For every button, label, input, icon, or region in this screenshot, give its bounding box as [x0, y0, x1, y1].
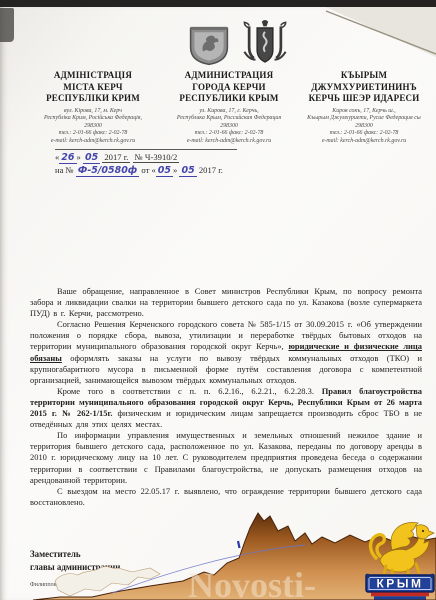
logo-stripe-blue	[374, 596, 426, 599]
outgoing-day-handwritten: 26	[59, 152, 76, 164]
griffin-tail	[371, 535, 385, 558]
scan-smudge	[0, 8, 14, 42]
signature-title-line: главы администрации	[30, 561, 120, 574]
org-title-line: МІСТА КЕРЧ	[26, 82, 160, 94]
org-address-line: Къырым Джумхуриети, Русие Федерация сы	[298, 115, 430, 123]
org-address-line: e-mail: kerch-adm@kerch.rk.gov.ru	[298, 138, 430, 146]
banner-knob-left	[365, 574, 370, 579]
paragraph: По информации управления имущественных и…	[30, 430, 422, 485]
banner-knob-right	[430, 574, 435, 579]
org-address-line: Республика Крым, Российская Федерация	[160, 115, 298, 123]
org-address-line: ул. Кирова, 17, г. Керчь,	[160, 108, 298, 116]
org-title-line: ДЖУМХУРИЕТИНИНЪ	[298, 82, 430, 94]
griffin-eye	[422, 530, 424, 532]
org-address-line: тел.: 2-01-66 факс: 2-02-78	[298, 130, 430, 138]
reference-block: «26» 05 2017 г. № Ч-3910/2 на № Ф-5/0580…	[55, 149, 255, 177]
incoming-day-handwritten: 05	[156, 165, 173, 177]
org-title-line: РЕСПУБЛИКИ КРЫМ	[160, 93, 298, 105]
outgoing-year: 2017 г.	[102, 152, 130, 163]
org-title-line: АДМИНИСТРАЦИЯ	[160, 70, 298, 82]
crimea-emblem-icon	[186, 26, 232, 66]
logo-wordmark: КРЫМ	[376, 577, 423, 591]
outgoing-number: № Ч-3910/2	[133, 152, 180, 163]
org-address-line: Республіка Крим, Російська Федерація,	[26, 115, 160, 123]
org-address-line: тел.: 2-01-66 факс: 2-02-78	[160, 130, 298, 138]
org-address-line: тел.: 2-01-66 факс: 2-02-78	[26, 130, 160, 138]
krym-news-logo: КРЫМ	[364, 518, 436, 600]
letterhead-column-russian: АДМИНИСТРАЦИЯ ГОРОДА КЕРЧИ РЕСПУБЛИКИ КР…	[160, 70, 298, 145]
org-title-line: ГОРОДА КЕРЧИ	[160, 82, 298, 94]
griffin-head-icon	[416, 525, 434, 539]
outgoing-reference-line: «26» 05 2017 г. № Ч-3910/2	[55, 151, 255, 164]
paragraph: Согласно Решения Керченского городского …	[30, 319, 422, 386]
letter-body: Ваше обращение, направленное в Совет мин…	[30, 286, 422, 508]
org-title-line: АДМІНІСТРАЦІЯ	[26, 70, 160, 82]
reference-rule	[55, 149, 237, 150]
incoming-number-handwritten: Ф-5/0580ф	[76, 165, 139, 177]
org-title-line: КЕРЧЬ ШЕЭР ИДАРЕСИ	[298, 93, 430, 105]
incoming-year: 2017 г.	[199, 165, 223, 175]
incoming-from-label: от	[141, 165, 149, 175]
paragraph: Кроме того в соответствии с п. п. 6.2.16…	[30, 386, 422, 430]
paragraph: Ваше обращение, направленное в Совет мин…	[30, 286, 422, 319]
kerch-emblem-icon	[239, 20, 291, 66]
signature-title-line: Заместитель	[30, 548, 120, 561]
org-address-line: Киров сокъ, 17, Керчь ш.,	[298, 108, 430, 116]
letterhead-column-crimean-tatar: КЪЫРЫМ ДЖУМХУРИЕТИНИНЪ КЕРЧЬ ШЕЭР ИДАРЕС…	[298, 70, 430, 145]
org-title-line: КЪЫРЫМ	[298, 70, 430, 82]
incoming-prefix: на №	[55, 165, 74, 175]
org-address-line: e-mail: kerch-adm@kerch.rk.gov.ru	[160, 138, 298, 146]
outgoing-month-handwritten: 05	[83, 152, 100, 164]
org-address-line: e-mail: kerch-adm@kerch.rk.gov.ru	[26, 138, 160, 146]
letterhead: АДМІНІСТРАЦІЯ МІСТА КЕРЧ РЕСПУБЛІКИ КРИМ…	[26, 70, 430, 145]
letterhead-column-ukrainian: АДМІНІСТРАЦІЯ МІСТА КЕРЧ РЕСПУБЛІКИ КРИМ…	[26, 70, 160, 145]
org-title-line: РЕСПУБЛІКИ КРИМ	[26, 93, 160, 105]
incoming-reference-line: на № Ф-5/0580ф от «05» 05 2017 г.	[55, 164, 255, 177]
executor-note: Филиппова 25052	[30, 582, 76, 588]
signature-block: Заместитель главы администрации	[30, 548, 120, 573]
logo-stripe-red	[371, 593, 429, 597]
paragraph: С выездом на место 22.05.17 г. выявлено,…	[30, 486, 422, 508]
incoming-month-handwritten: 05	[179, 165, 196, 177]
letterhead-emblems	[186, 20, 296, 66]
org-address-line: вул. Кірова, 17, м. Керч	[26, 108, 160, 116]
scanner-edge-strip	[0, 0, 436, 7]
